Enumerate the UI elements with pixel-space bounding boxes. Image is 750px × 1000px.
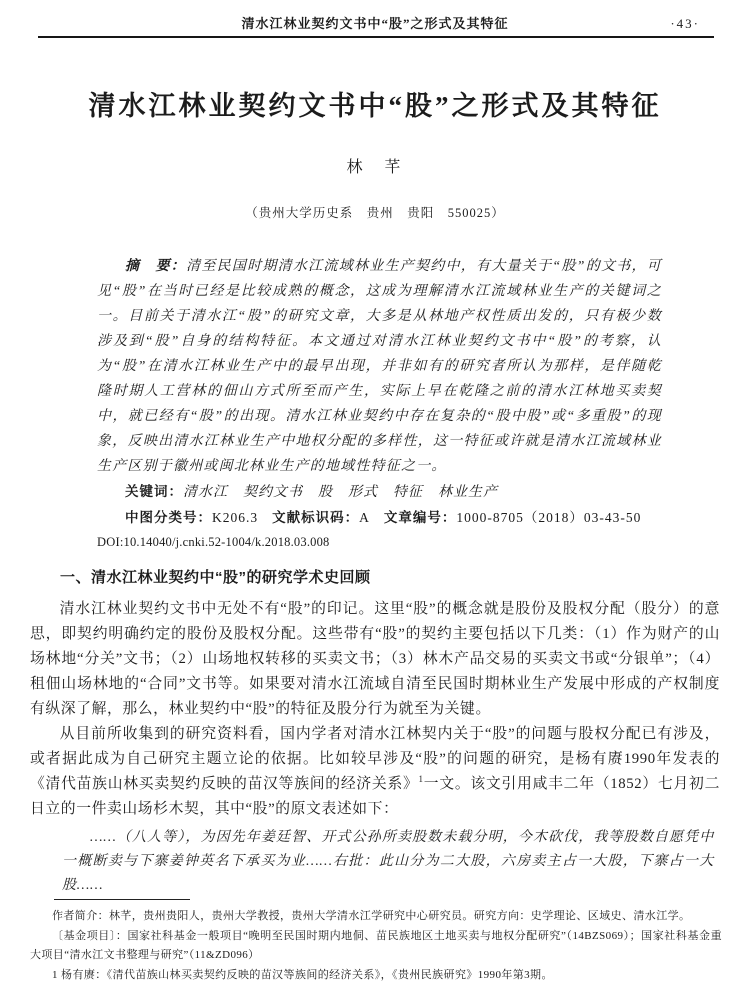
article-id-value: 1000-8705（2018）03-43-50	[456, 510, 641, 525]
doi-line: DOI:10.14040/j.cnki.52-1004/k.2018.03.00…	[97, 531, 662, 553]
author-affiliation: （贵州大学历史系 贵州 贵阳 550025）	[0, 204, 750, 222]
article-id-label: 文章编号：	[384, 510, 457, 525]
abstract-paragraph: 摘 要：清至民国时期清水江流域林业生产契约中，有大量关于“股”的文书，可见“股”…	[97, 254, 662, 479]
clc-value: K206.3	[212, 510, 258, 525]
keywords-label: 关键词：	[125, 484, 183, 499]
keywords-text: 清水江 契约文书 股 形式 特征 林业生产	[183, 485, 498, 500]
body-paragraph-2: 从目前所收集到的研究资料看，国内学者对清水江林契内关于“股”的问题与股权分配已有…	[30, 722, 720, 822]
running-title: 清水江林业契约文书中“股”之形式及其特征	[241, 13, 508, 36]
article-title: 清水江林业契约文书中“股”之形式及其特征	[40, 86, 710, 126]
abstract-text: 清至民国时期清水江流域林业生产契约中，有大量关于“股”的文书，可见“股”在当时已…	[97, 259, 662, 474]
contract-quote: ……（八人等），为因先年姜廷智、开式公孙所卖股数未载分明，今木砍伐，我等股数自愿…	[62, 826, 714, 898]
author-name: 林 芊	[0, 156, 750, 180]
journal-page: 清水江林业契约文书中“股”之形式及其特征 ·43· 清水江林业契约文书中“股”之…	[0, 0, 750, 1000]
clc-label: 中图分类号：	[125, 510, 212, 525]
keywords-line: 关键词：清水江 契约文书 股 形式 特征 林业生产	[97, 479, 662, 505]
footnote-funding: 〔基金项目〕：国家社科基金一般项目“晚明至民国时期内地侗、苗民族地区土地买卖与地…	[30, 927, 722, 966]
footnote-separator	[54, 899, 190, 900]
header-rule	[38, 36, 714, 38]
doc-code-label: 文献标识码：	[272, 510, 359, 525]
section-heading-1: 一、清水江林业契约中“股”的研究学术史回顾	[60, 567, 720, 589]
doc-code-value: A	[359, 510, 370, 525]
body-paragraph-1: 清水江林业契约文书中无处不有“股”的印记。这里“股”的概念就是股份及股权分配（股…	[30, 597, 720, 722]
footnote-1: 1 杨有赓：《清代苗族山林买卖契约反映的苗汉等族间的经济关系》，《贵州民族研究》…	[30, 966, 722, 986]
page-number: ·43·	[670, 16, 700, 32]
classification-line: 中图分类号：K206.3文献标识码：A文章编号：1000-8705（2018）0…	[97, 505, 662, 531]
footnote-author-bio: 作者简介：林芊，贵州贵阳人，贵州大学教授，贵州大学清水江学研究中心研究员。研究方…	[30, 907, 722, 927]
footnote-area: 作者简介：林芊，贵州贵阳人，贵州大学教授，贵州大学清水江学研究中心研究员。研究方…	[30, 899, 722, 985]
abstract-label: 摘 要：	[125, 259, 186, 274]
page-header: 清水江林业契约文书中“股”之形式及其特征 ·43·	[0, 0, 750, 36]
